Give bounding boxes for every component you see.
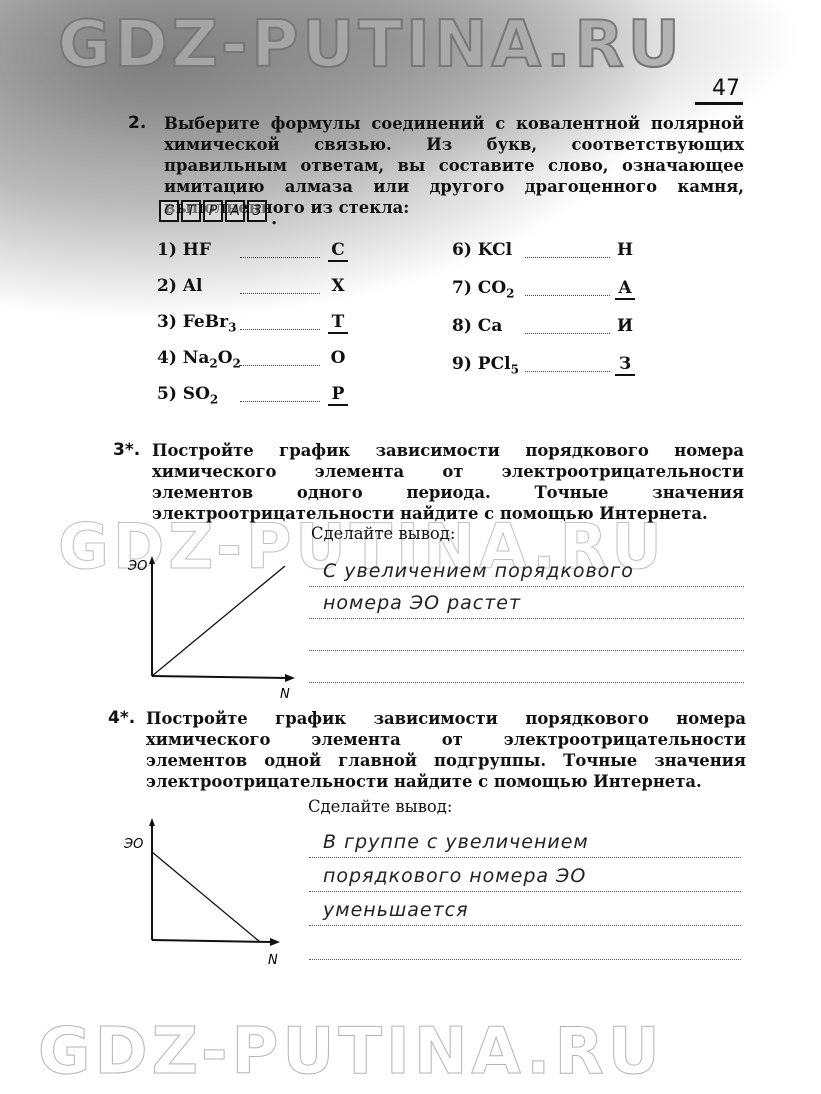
option-formula: 2) Al xyxy=(157,276,202,296)
task3-graph: ЭО N xyxy=(140,556,290,706)
option-dotted-line xyxy=(525,371,610,372)
task3-x-label: N xyxy=(280,687,290,702)
option-letter: О xyxy=(328,348,348,368)
task3-number: 3*. xyxy=(113,440,140,460)
task2-answer-end: . xyxy=(271,208,277,229)
answer-letter-box: Р xyxy=(203,200,223,222)
page-number: 47 xyxy=(712,76,740,101)
answer-line[interactable] xyxy=(309,891,741,892)
option-letter-selected: З xyxy=(615,354,635,376)
option-letter: Х xyxy=(328,276,348,296)
option-dotted-line xyxy=(240,293,320,294)
handwritten-answer: уменьшается xyxy=(323,899,469,921)
task3-y-label: ЭО xyxy=(127,559,147,574)
page-number-underline xyxy=(695,102,743,105)
answer-letter-box: Т xyxy=(181,200,201,222)
option-dotted-line xyxy=(240,329,320,330)
option-formula: 8) Ca xyxy=(452,316,502,336)
task2-number: 2. xyxy=(128,113,146,133)
task2-answer-boxes: СТРАЗ xyxy=(159,200,267,222)
answer-line[interactable] xyxy=(309,618,744,619)
option-dotted-line xyxy=(525,295,610,296)
option-dotted-line xyxy=(240,401,320,402)
task4-conclusion-label: Сделайте вывод: xyxy=(308,797,452,816)
option-letter-selected: С xyxy=(328,240,348,262)
option-letter: И xyxy=(615,316,635,336)
option-letter: Н xyxy=(615,240,635,260)
task4-text: Постройте график зависимости порядкового… xyxy=(146,708,746,792)
watermark-top: GDZ-PUTINA.RU xyxy=(58,8,684,82)
option-formula: 5) SO2 xyxy=(157,384,218,406)
answer-line[interactable] xyxy=(309,857,741,858)
option-dotted-line xyxy=(240,257,320,258)
handwritten-answer: В группе с увеличением xyxy=(323,831,589,853)
handwritten-answer: порядкового номера ЭО xyxy=(323,865,586,887)
option-formula: 7) CO2 xyxy=(452,278,515,300)
handwritten-answer: С увеличением порядкового xyxy=(323,560,634,582)
answer-line[interactable] xyxy=(309,650,744,651)
task4-y-label: ЭО xyxy=(123,837,143,852)
answer-line[interactable] xyxy=(309,959,741,960)
task4-number: 4*. xyxy=(108,708,135,728)
answer-line[interactable] xyxy=(309,586,744,587)
task4-graph: ЭО N xyxy=(140,818,290,968)
option-formula: 6) KCl xyxy=(452,240,512,260)
watermark-bottom: GDZ-PUTINA.RU xyxy=(38,1015,664,1089)
answer-letter-box: А xyxy=(225,200,245,222)
option-dotted-line xyxy=(240,365,320,366)
task3-conclusion-label: Сделайте вывод: xyxy=(311,524,455,543)
answer-line[interactable] xyxy=(309,925,741,926)
option-formula: 3) FeBr3 xyxy=(157,312,236,334)
option-letter-selected: Р xyxy=(328,384,348,406)
option-letter-selected: Т xyxy=(328,312,348,334)
answer-letter-box: З xyxy=(247,200,267,222)
option-letter-selected: А xyxy=(615,278,635,300)
task4-x-label: N xyxy=(268,953,278,968)
option-formula: 1) HF xyxy=(157,240,211,260)
answer-line[interactable] xyxy=(309,682,744,683)
option-formula: 4) Na2O2 xyxy=(157,348,241,370)
option-dotted-line xyxy=(525,257,610,258)
option-formula: 9) PCl5 xyxy=(452,354,519,376)
answer-letter-box: С xyxy=(159,200,179,222)
option-dotted-line xyxy=(525,333,610,334)
task3-text: Постройте график зависимости порядкового… xyxy=(152,440,744,524)
handwritten-answer: номера ЭО растет xyxy=(323,592,521,614)
